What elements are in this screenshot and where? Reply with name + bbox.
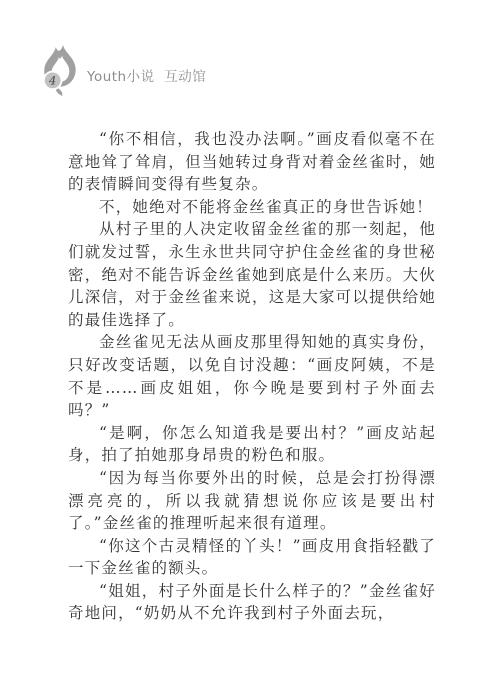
header-brand: 4 Youth小说 互动馆 [40, 44, 206, 96]
body-text: “你不相信，我也没办法啊。”画皮看似毫不在意地耸了耸肩，但当她转过身背对着金丝雀… [68, 128, 436, 625]
paragraph: 金丝雀见无法从画皮那里得知她的真实身份，只好改变话题，以免自讨没趣：“画皮阿姨，… [68, 331, 436, 421]
paragraph: “姐姐，村子外面是长什么样子的？”金丝雀好奇地问，“奶奶从不允许我到村子外面去玩… [68, 580, 436, 625]
paragraph: “因为每当你要外出的时候，总是会打扮得漂漂亮亮的，所以我就猜想说你应该是要出村了… [68, 467, 436, 535]
brand-label: Youth小说 互动馆 [87, 65, 206, 85]
paragraph: “你不相信，我也没办法啊。”画皮看似毫不在意地耸了耸肩，但当她转过身背对着金丝雀… [68, 128, 436, 196]
flame-logo-icon: 4 [40, 44, 82, 96]
paragraph: 不，她绝对不能将金丝雀真正的身世告诉她！ [68, 196, 436, 219]
book-page: 4 Youth小说 互动馆 “你不相信，我也没办法啊。”画皮看似毫不在意地耸了耸… [0, 0, 500, 700]
paragraph: “你这个古灵精怪的丫头！”画皮用食指轻戳了一下金丝雀的额头。 [68, 535, 436, 580]
page-number: 4 [48, 74, 56, 88]
paragraph: “是啊，你怎么知道我是要出村？”画皮站起身，拍了拍她那身昂贵的粉色和服。 [68, 422, 436, 467]
paragraph: 从村子里的人决定收留金丝雀的那一刻起，他们就发过誓，永生永世共同守护住金丝雀的身… [68, 218, 436, 331]
